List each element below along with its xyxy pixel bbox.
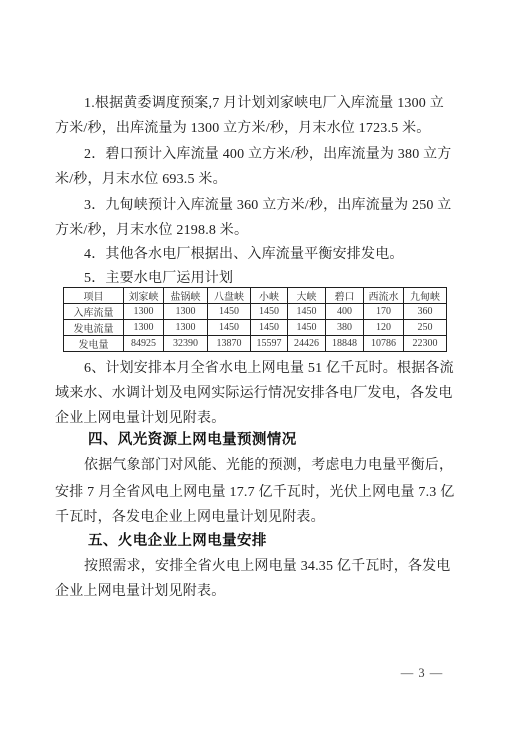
para-other-plants: 4．其他各水电厂根据出、入库流量平衡安排发电。 [84, 247, 404, 263]
table-cell: 32390 [164, 336, 208, 352]
table-cell: 170 [364, 304, 404, 320]
table-cell: 10786 [364, 336, 404, 352]
document-page: 1.根据黄委调度预案,7 月计划刘家峡电厂入库流量 1300 立 方米/秒，出库… [0, 0, 509, 739]
para-bikou-line-1: 2．碧口预计入库流量 400 立方米/秒，出库流量为 380 立方 [84, 147, 452, 163]
header-cell: 九甸峡 [404, 288, 447, 304]
table-header-row: 项目 刘家峡 盐锅峡 八盘峡 小峡 大峡 碧口 西流水 九甸峡 [64, 288, 447, 304]
table-cell: 1450 [288, 304, 326, 320]
table-cell: 1300 [164, 320, 208, 336]
header-cell: 大峡 [288, 288, 326, 304]
hydro-plant-table: 项目 刘家峡 盐锅峡 八盘峡 小峡 大峡 碧口 西流水 九甸峡 入库流量 130… [63, 287, 447, 352]
para-jiudianxia-line-2: 方米/秒，月末水位 2198.8 米。 [55, 223, 248, 239]
table-cell: 1300 [164, 304, 208, 320]
para-thermal-line-1: 按照需求，安排全省火电上网电量 34.35 亿千瓦时，各发电 [84, 559, 451, 575]
table-cell: 24426 [288, 336, 326, 352]
para-liujiaxia-line-1: 1.根据黄委调度预案,7 月计划刘家峡电厂入库流量 1300 立 [84, 96, 444, 112]
row-label: 入库流量 [64, 304, 124, 320]
table-row-generation: 发电量 84925 32390 13870 15597 24426 18848 … [64, 336, 447, 352]
table-cell: 13870 [208, 336, 251, 352]
row-label: 发电流量 [64, 320, 124, 336]
table-row-inflow: 入库流量 1300 1300 1450 1450 1450 400 170 36… [64, 304, 447, 320]
header-cell: 小峡 [251, 288, 288, 304]
para-liujiaxia-line-2: 方米/秒，出库流量为 1300 立方米/秒，月末水位 1723.5 米。 [55, 121, 430, 137]
table-cell: 1450 [288, 320, 326, 336]
row-label: 发电量 [64, 336, 124, 352]
header-cell: 碧口 [326, 288, 364, 304]
table-cell: 1450 [251, 304, 288, 320]
table-cell: 15597 [251, 336, 288, 352]
table-cell: 1300 [124, 304, 164, 320]
table-cell: 400 [326, 304, 364, 320]
header-cell: 盐锅峡 [164, 288, 208, 304]
table-cell: 380 [326, 320, 364, 336]
table-cell: 120 [364, 320, 404, 336]
table-cell: 360 [404, 304, 447, 320]
para-hydro-plan-line-3: 企业上网电量计划见附表。 [55, 411, 225, 427]
section-heading-thermal: 五、火电企业上网电量安排 [88, 533, 267, 549]
table-cell: 18848 [326, 336, 364, 352]
table-cell: 84925 [124, 336, 164, 352]
para-jiudianxia-line-1: 3．九甸峡预计入库流量 360 立方米/秒，出库流量为 250 立 [84, 198, 452, 214]
table-cell: 22300 [404, 336, 447, 352]
table-cell: 1450 [208, 320, 251, 336]
table-cell: 1450 [208, 304, 251, 320]
para-hydro-plan-line-1: 6、计划安排本月全省水电上网电量 51 亿千瓦时。根据各流 [84, 361, 454, 377]
para-wind-solar-line-3: 千瓦时，各发电企业上网电量计划见附表。 [55, 510, 325, 526]
para-wind-solar-line-1: 依据气象部门对风能、光能的预测，考虑电力电量平衡后， [84, 458, 453, 474]
table-cell: 1450 [251, 320, 288, 336]
header-cell: 项目 [64, 288, 124, 304]
table-cell: 1300 [124, 320, 164, 336]
page-number: — 3 — [396, 666, 448, 681]
para-wind-solar-line-2: 安排 7 月全省风电上网电量 17.7 亿千瓦时，光伏上网电量 7.3 亿 [55, 485, 454, 501]
table-cell: 250 [404, 320, 447, 336]
header-cell: 刘家峡 [124, 288, 164, 304]
para-hydro-plan-line-2: 域来水、水调计划及电网实际运行情况安排各电厂发电，各发电 [55, 386, 453, 402]
para-thermal-line-2: 企业上网电量计划见附表。 [55, 584, 225, 600]
table-caption: 5．主要水电厂运用计划 [84, 271, 233, 287]
section-heading-wind-solar: 四、风光资源上网电量预测情况 [88, 432, 297, 448]
header-cell: 八盘峡 [208, 288, 251, 304]
header-cell: 西流水 [364, 288, 404, 304]
para-bikou-line-2: 米/秒，月末水位 693.5 米。 [55, 172, 227, 188]
table-row-genflow: 发电流量 1300 1300 1450 1450 1450 380 120 25… [64, 320, 447, 336]
